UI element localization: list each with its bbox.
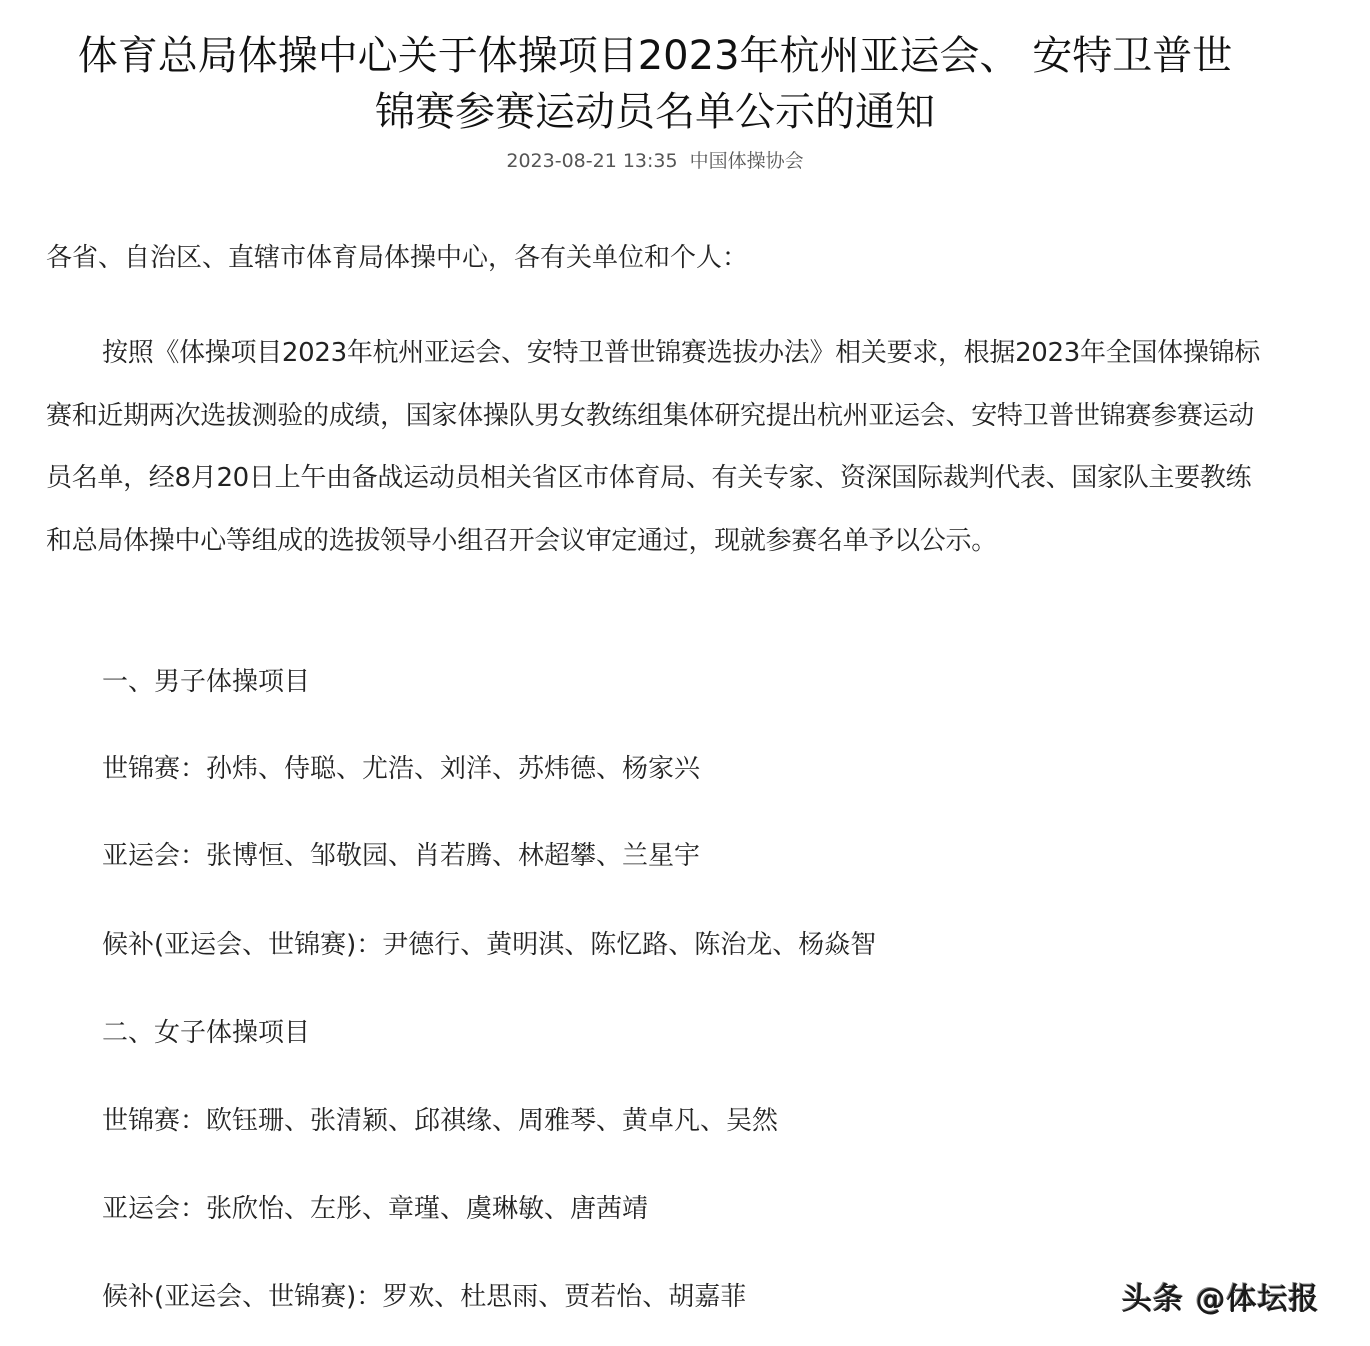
- list-names: 尹德行、黄明淇、陈忆路、陈治龙、杨焱智: [382, 930, 876, 960]
- list-women-reserves: 候补(亚运会、世锦赛)：罗欢、杜思雨、贾若怡、胡嘉菲: [102, 1277, 746, 1317]
- list-label: 亚运会：: [102, 841, 206, 871]
- list-label: 世锦赛：: [102, 1106, 206, 1136]
- list-label: 亚运会：: [102, 1194, 206, 1224]
- watermark: 头条 @体坛报: [1122, 1274, 1319, 1318]
- section-heading-women: 二、女子体操项目: [102, 1013, 310, 1053]
- list-label: 世锦赛：: [102, 754, 206, 784]
- list-men-asian-games: 亚运会：张博恒、邹敬园、肖若腾、林超攀、兰星宇: [102, 836, 700, 876]
- list-label: 候补(亚运会、世锦赛)：: [102, 930, 382, 960]
- list-names: 罗欢、杜思雨、贾若怡、胡嘉菲: [382, 1282, 746, 1312]
- publish-datetime: 2023-08-21 13:35: [506, 150, 677, 172]
- title-line-2: 锦赛参赛运动员名单公示的通知: [375, 89, 935, 135]
- list-names: 张博恒、邹敬园、肖若腾、林超攀、兰星宇: [206, 841, 700, 871]
- section-heading-men: 一、男子体操项目: [102, 662, 310, 702]
- salutation: 各省、自治区、直辖市体育局体操中心，各有关单位和个人：: [46, 238, 1266, 278]
- list-names: 欧钰珊、张清颖、邱祺缘、周雅琴、黄卓凡、吴然: [206, 1106, 778, 1136]
- list-label: 候补(亚运会、世锦赛)：: [102, 1282, 382, 1312]
- publish-source: 中国体操协会: [690, 150, 804, 172]
- list-names: 张欣怡、左彤、章瑾、虞琳敏、唐茜靖: [206, 1194, 648, 1224]
- article-title: 体育总局体操中心关于体操项目2023年杭州亚运会、 安特卫普世 锦赛参赛运动员名…: [40, 28, 1270, 140]
- article: 体育总局体操中心关于体操项目2023年杭州亚运会、 安特卫普世 锦赛参赛运动员名…: [0, 0, 1370, 1346]
- list-women-asian-games: 亚运会：张欣怡、左彤、章瑾、虞琳敏、唐茜靖: [102, 1189, 648, 1229]
- title-line-1: 体育总局体操中心关于体操项目2023年杭州亚运会、 安特卫普世: [78, 33, 1233, 79]
- body-paragraph: 按照《体操项目2023年杭州亚运会、安特卫普世锦赛选拔办法》相关要求，根据202…: [46, 322, 1266, 572]
- article-meta: 2023-08-21 13:35 中国体操协会: [0, 146, 1310, 173]
- list-men-reserves: 候补(亚运会、世锦赛)：尹德行、黄明淇、陈忆路、陈治龙、杨焱智: [102, 925, 876, 965]
- list-names: 孙炜、侍聪、尤浩、刘洋、苏炜德、杨家兴: [206, 754, 700, 784]
- list-women-worlds: 世锦赛：欧钰珊、张清颖、邱祺缘、周雅琴、黄卓凡、吴然: [102, 1101, 778, 1141]
- list-men-worlds: 世锦赛：孙炜、侍聪、尤浩、刘洋、苏炜德、杨家兴: [102, 749, 700, 789]
